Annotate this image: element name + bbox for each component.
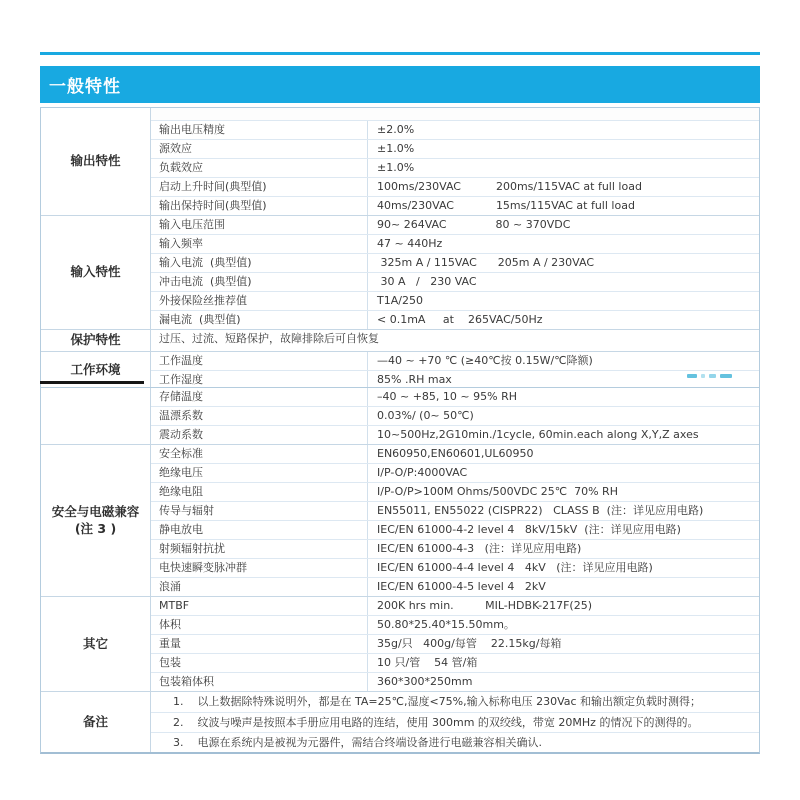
spec-section: 其它MTBF200K hrs min. MIL-HDBK-217F(25)体积5… [41, 596, 759, 691]
spec-row: 负载效应±1.0% [151, 158, 759, 177]
watermark-marks [687, 374, 732, 378]
spec-name: 输入电流 (典型值) [151, 254, 367, 272]
section-rows: 安全标准EN60950,EN60601,UL60950绝缘电压I/P-O/P:4… [151, 445, 759, 596]
spec-section: 保护特性过压、过流、短路保护，故障排除后可自恢复 [41, 329, 759, 351]
spec-value: 0.03%/ (0~ 50℃) [367, 407, 759, 425]
spec-row: 输出保持时间(典型值)40ms/230VAC 15ms/115VAC at fu… [151, 196, 759, 215]
spec-value: 30 A / 230 VAC [367, 273, 759, 291]
spec-value: 10~500Hz,2G10min./1cycle, 60min.each alo… [367, 426, 759, 444]
spec-section: 工作环境工作温度—40 ~ +70 ℃ (≥40℃按 0.15W/℃降额)工作湿… [41, 351, 759, 389]
spec-value: IEC/EN 61000-4-4 level 4 4kV (注：详见应用电路) [367, 559, 759, 577]
spec-name: 工作温度 [151, 352, 367, 370]
spec-value: —40 ~ +70 ℃ (≥40℃按 0.15W/℃降额) [367, 352, 759, 370]
spec-value: 90~ 264VAC 80 ~ 370VDC [367, 216, 759, 234]
section-rows: 存储温度–40 ~ +85, 10 ~ 95% RH温漂系数0.03%/ (0~… [151, 388, 759, 444]
spec-row: 静电放电IEC/EN 61000-4-2 level 4 8kV/15kV (注… [151, 520, 759, 539]
spec-row: 电快速瞬变脉冲群IEC/EN 61000-4-4 level 4 4kV (注：… [151, 558, 759, 577]
section-label: 安全与电磁兼容(注 3 ) [41, 445, 151, 596]
spec-row: 输入电压范围90~ 264VAC 80 ~ 370VDC [151, 216, 759, 234]
spec-section: 输入特性输入电压范围90~ 264VAC 80 ~ 370VDC输入频率47 ~… [41, 215, 759, 329]
spec-name: 安全标准 [151, 445, 367, 463]
cropped-table-edge-line [40, 52, 760, 55]
spec-value: EN55011, EN55022 (CISPR22) CLASS B (注：详见… [367, 502, 759, 520]
spec-name: 温漂系数 [151, 407, 367, 425]
spec-value: ±1.0% [367, 159, 759, 177]
spec-row: 输出电压精度±2.0% [151, 120, 759, 139]
spec-row: 存储温度–40 ~ +85, 10 ~ 95% RH [151, 388, 759, 406]
section-rows: 输出电压精度±2.0%源效应±1.0%负载效应±1.0%启动上升时间(典型值)1… [151, 108, 759, 215]
spec-merged-value: 过压、过流、短路保护，故障排除后可自恢复 [151, 330, 759, 348]
section-rows: 过压、过流、短路保护，故障排除后可自恢复 [151, 330, 759, 351]
spec-value: ±1.0% [367, 140, 759, 158]
section-label: 保护特性 [41, 330, 151, 351]
spec-name: 漏电流 (典型值) [151, 311, 367, 329]
spec-row: 绝缘电压I/P-O/P:4000VAC [151, 463, 759, 482]
section-label [41, 388, 151, 444]
cropped-stub-row [151, 108, 759, 120]
spec-name: 冲击电流 (典型值) [151, 273, 367, 291]
note-number: 2. [173, 713, 184, 732]
spec-value: ±2.0% [367, 121, 759, 139]
spec-row: 外接保险丝推荐值T1A/250 [151, 291, 759, 310]
spec-name: 包装 [151, 654, 367, 672]
spec-row: 温漂系数0.03%/ (0~ 50℃) [151, 406, 759, 425]
note-number: 1. [173, 692, 184, 712]
note-row: 2.纹波与噪声是按照本手册应用电路的连结，使用 300mm 的双绞线，带宽 20… [151, 712, 759, 732]
spec-value: IEC/EN 61000-4-2 level 4 8kV/15kV (注：详见应… [367, 521, 759, 539]
spec-row: 安全标准EN60950,EN60601,UL60950 [151, 445, 759, 463]
spec-name: 传导与辐射 [151, 502, 367, 520]
spec-value: I/P-O/P:4000VAC [367, 464, 759, 482]
spec-name: 输入频率 [151, 235, 367, 253]
page-break-artifact-line [40, 381, 144, 384]
spec-value: I/P-O/P>100M Ohms/500VDC 25℃ 70% RH [367, 483, 759, 501]
section-header-bar: 一般特性 [40, 66, 760, 103]
spec-row: 体积50.80*25.40*15.50mm。 [151, 615, 759, 634]
spec-value: < 0.1mA at 265VAC/50Hz [367, 311, 759, 329]
section-rows: 输入电压范围90~ 264VAC 80 ~ 370VDC输入频率47 ~ 440… [151, 216, 759, 329]
spec-row: 震动系数10~500Hz,2G10min./1cycle, 60min.each… [151, 425, 759, 444]
spec-name: 外接保险丝推荐值 [151, 292, 367, 310]
note-text: 以上数据除特殊说明外，都是在 TA=25℃,湿度<75%,输入标称电压 230V… [198, 692, 760, 712]
spec-row: 冲击电流 (典型值) 30 A / 230 VAC [151, 272, 759, 291]
spec-row: 包装箱体积360*300*250mm [151, 672, 759, 691]
note-row: 3.电源在系统内是被视为元器件，需结合终端设备进行电磁兼容相关确认. [151, 732, 759, 752]
spec-name: MTBF [151, 597, 367, 615]
spec-row: 漏电流 (典型值)< 0.1mA at 265VAC/50Hz [151, 310, 759, 329]
spec-value: 360*300*250mm [367, 673, 759, 691]
note-text: 纹波与噪声是按照本手册应用电路的连结，使用 300mm 的双绞线，带宽 20MH… [198, 713, 760, 732]
section-rows: 工作温度—40 ~ +70 ℃ (≥40℃按 0.15W/℃降额)工作湿度85%… [151, 352, 759, 389]
spec-value: 40ms/230VAC 15ms/115VAC at full load [367, 197, 759, 215]
spec-name: 静电放电 [151, 521, 367, 539]
spec-section: 存储温度–40 ~ +85, 10 ~ 95% RH温漂系数0.03%/ (0~… [41, 388, 759, 444]
spec-name: 存储温度 [151, 388, 367, 406]
spec-name: 电快速瞬变脉冲群 [151, 559, 367, 577]
spec-name: 绝缘电阻 [151, 483, 367, 501]
spec-value: IEC/EN 61000-4-3 (注：详见应用电路) [367, 540, 759, 558]
spec-section: 安全与电磁兼容(注 3 )安全标准EN60950,EN60601,UL60950… [41, 444, 759, 596]
spec-name: 负载效应 [151, 159, 367, 177]
spec-value: 325m A / 115VAC 205m A / 230VAC [367, 254, 759, 272]
spec-value: –40 ~ +85, 10 ~ 95% RH [367, 388, 759, 406]
section-rows: MTBF200K hrs min. MIL-HDBK-217F(25)体积50.… [151, 597, 759, 691]
spec-row-merged: 过压、过流、短路保护，故障排除后可自恢复 [151, 330, 759, 348]
spec-table-safety-others: 存储温度–40 ~ +85, 10 ~ 95% RH温漂系数0.03%/ (0~… [40, 387, 760, 754]
spec-name: 震动系数 [151, 426, 367, 444]
spec-value: 10 只/管 54 管/箱 [367, 654, 759, 672]
section-label: 输入特性 [41, 216, 151, 329]
spec-name: 体积 [151, 616, 367, 634]
spec-name: 启动上升时间(典型值) [151, 178, 367, 196]
spec-name: 源效应 [151, 140, 367, 158]
spec-row: 工作温度—40 ~ +70 ℃ (≥40℃按 0.15W/℃降额) [151, 352, 759, 370]
spec-row: 射频辐射抗扰IEC/EN 61000-4-3 (注：详见应用电路) [151, 539, 759, 558]
spec-row: MTBF200K hrs min. MIL-HDBK-217F(25) [151, 597, 759, 615]
spec-row: 传导与辐射EN55011, EN55022 (CISPR22) CLASS B … [151, 501, 759, 520]
note-text: 电源在系统内是被视为元器件，需结合终端设备进行电磁兼容相关确认. [198, 733, 760, 752]
note-row: 1.以上数据除特殊说明外，都是在 TA=25℃,湿度<75%,输入标称电压 23… [151, 692, 759, 712]
spec-row: 启动上升时间(典型值)100ms/230VAC 200ms/115VAC at … [151, 177, 759, 196]
spec-row: 浪涌IEC/EN 61000-4-5 level 4 2kV [151, 577, 759, 596]
spec-row: 输入频率47 ~ 440Hz [151, 234, 759, 253]
spec-row: 包装10 只/管 54 管/箱 [151, 653, 759, 672]
spec-value: IEC/EN 61000-4-5 level 4 2kV [367, 578, 759, 596]
spec-name: 输出电压精度 [151, 121, 367, 139]
spec-value: 50.80*25.40*15.50mm。 [367, 616, 759, 634]
spec-value: EN60950,EN60601,UL60950 [367, 445, 759, 463]
spec-row: 源效应±1.0% [151, 139, 759, 158]
spec-value: 47 ~ 440Hz [367, 235, 759, 253]
spec-name: 重量 [151, 635, 367, 653]
section-rows: 1.以上数据除特殊说明外，都是在 TA=25℃,湿度<75%,输入标称电压 23… [151, 692, 759, 752]
spec-name: 浪涌 [151, 578, 367, 596]
note-number: 3. [173, 733, 184, 752]
spec-section: 备注1.以上数据除特殊说明外，都是在 TA=25℃,湿度<75%,输入标称电压 … [41, 691, 759, 752]
section-label: 输出特性 [41, 108, 151, 215]
spec-name: 输出保持时间(典型值) [151, 197, 367, 215]
spec-name: 绝缘电压 [151, 464, 367, 482]
spec-table-general: 输出特性输出电压精度±2.0%源效应±1.0%负载效应±1.0%启动上升时间(典… [40, 107, 760, 390]
spec-row: 绝缘电阻I/P-O/P>100M Ohms/500VDC 25℃ 70% RH [151, 482, 759, 501]
spec-value: 200K hrs min. MIL-HDBK-217F(25) [367, 597, 759, 615]
spec-row: 重量35g/只 400g/每管 22.15kg/每箱 [151, 634, 759, 653]
spec-name: 射频辐射抗扰 [151, 540, 367, 558]
spec-value: T1A/250 [367, 292, 759, 310]
section-label: 其它 [41, 597, 151, 691]
spec-value: 100ms/230VAC 200ms/115VAC at full load [367, 178, 759, 196]
spec-name: 输入电压范围 [151, 216, 367, 234]
spec-name: 包装箱体积 [151, 673, 367, 691]
section-label: 备注 [41, 692, 151, 752]
spec-value: 35g/只 400g/每管 22.15kg/每箱 [367, 635, 759, 653]
spec-row: 输入电流 (典型值) 325m A / 115VAC 205m A / 230V… [151, 253, 759, 272]
section-header-title: 一般特性 [49, 72, 121, 97]
spec-section: 输出特性输出电压精度±2.0%源效应±1.0%负载效应±1.0%启动上升时间(典… [41, 108, 759, 215]
